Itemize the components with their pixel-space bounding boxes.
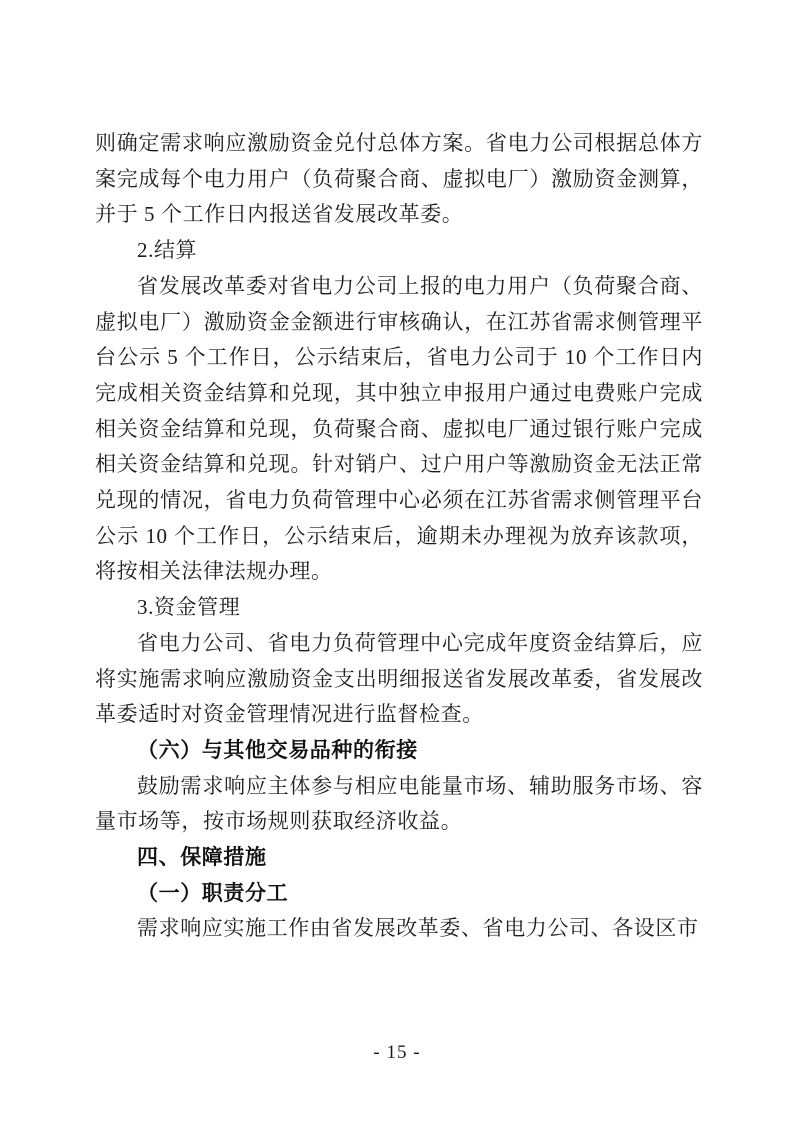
document-body: 则确定需求响应激励资金兑付总体方案。省电力公司根据总体方案完成每个电力用户（负荷…	[95, 126, 703, 947]
section-heading: （六）与其他交易品种的衔接	[95, 733, 703, 769]
paragraph: 需求响应实施工作由省发展改革委、省电力公司、各设区市	[95, 911, 703, 947]
paragraph: 3.资金管理	[95, 590, 703, 626]
paragraph: 则确定需求响应激励资金兑付总体方案。省电力公司根据总体方案完成每个电力用户（负荷…	[95, 126, 703, 233]
document-page: 则确定需求响应激励资金兑付总体方案。省电力公司根据总体方案完成每个电力用户（负荷…	[0, 0, 794, 1123]
section-heading: （一）职责分工	[95, 876, 703, 912]
page-number: - 15 -	[0, 1042, 794, 1064]
paragraph: 省发展改革委对省电力公司上报的电力用户（负荷聚合商、虚拟电厂）激励资金金额进行审…	[95, 269, 703, 590]
section-heading: 四、保障措施	[95, 840, 703, 876]
paragraph: 鼓励需求响应主体参与相应电能量市场、辅助服务市场、容量市场等，按市场规则获取经济…	[95, 769, 703, 840]
paragraph: 省电力公司、省电力负荷管理中心完成年度资金结算后，应将实施需求响应激励资金支出明…	[95, 626, 703, 733]
paragraph: 2.结算	[95, 233, 703, 269]
